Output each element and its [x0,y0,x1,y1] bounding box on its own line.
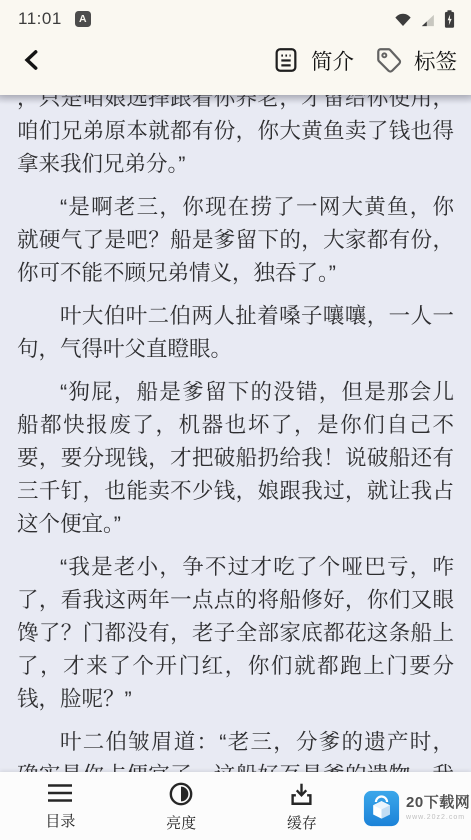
header: 11:01 A [0,0,471,95]
paragraph: 叶二伯皱眉道：“老三，分爹的遗产时，确实是你占便宜了，这船好歹是爹的遗物，我们 [17,726,454,772]
intro-button[interactable]: 简介 [272,45,354,76]
watermark-text: 20下载网 www.20z2.com [406,794,470,821]
cache-button[interactable]: 缓存 [242,772,363,840]
cache-label: 缓存 [287,812,317,833]
status-icons [394,9,456,29]
nav-bar: 简介 标签 [0,30,471,90]
document-icon [272,46,300,74]
bottom-toolbar: 目录 亮度 缓存 [0,772,471,840]
novel-text: ，只是咱娘选择跟着你养老，才留给你使用，咱们兄弟原本就都有份，你大黄鱼卖了钱也得… [17,95,454,772]
nav-actions: 简介 标签 [272,45,457,76]
status-left: 11:01 A [18,9,91,29]
paragraph: “是啊老三，你现在捞了一网大黄鱼，你就硬气了是吧？船是爹留下的，大家都有份，你可… [17,191,454,290]
reader-content[interactable]: ，只是咱娘选择跟着你养老，才留给你使用，咱们兄弟原本就都有份，你大黄鱼卖了钱也得… [0,95,471,772]
tags-button[interactable]: 标签 [375,45,457,76]
brightness-button[interactable]: 亮度 [121,772,242,840]
battery-charging-icon [443,9,456,29]
tag-icon [375,46,403,74]
paragraph: “我是老小，争不过才吃了个哑巴亏，咋了，看我这两年一点点的将船修好，你们又眼馋了… [17,551,454,716]
status-bar: 11:01 A [0,0,471,30]
toc-button[interactable]: 目录 [0,772,121,840]
watermark-logo-icon [363,790,400,827]
back-button[interactable] [16,43,50,77]
menu-list-icon [46,781,74,805]
watermark: 20下载网 www.20z2.com [362,772,471,840]
a-badge-icon: A [75,11,91,27]
paragraph: ，只是咱娘选择跟着你养老，才留给你使用，咱们兄弟原本就都有份，你大黄鱼卖了钱也得… [17,95,454,181]
paragraph: “狗屁，船是爹留下的没错，但是那会儿船都快报废了，机器也坏了，是你们自己不要，要… [17,376,454,541]
chevron-left-icon [20,47,46,73]
brightness-contrast-icon [168,781,194,807]
tags-label: 标签 [414,45,457,76]
wifi-icon [394,11,412,29]
watermark-url: www.20z2.com [406,814,470,822]
paragraph: 叶大伯叶二伯两人扯着嗓子嚷嚷，一人一句，气得叶父直瞪眼。 [17,300,454,366]
download-icon [288,781,315,807]
toc-label: 目录 [45,810,75,831]
cellular-signal-icon [419,12,436,29]
brightness-label: 亮度 [166,812,196,833]
ebook-reader-screen: 11:01 A [0,0,471,840]
watermark-title: 20下载网 [406,794,470,811]
intro-label: 简介 [311,45,354,76]
status-time: 11:01 [18,9,62,29]
